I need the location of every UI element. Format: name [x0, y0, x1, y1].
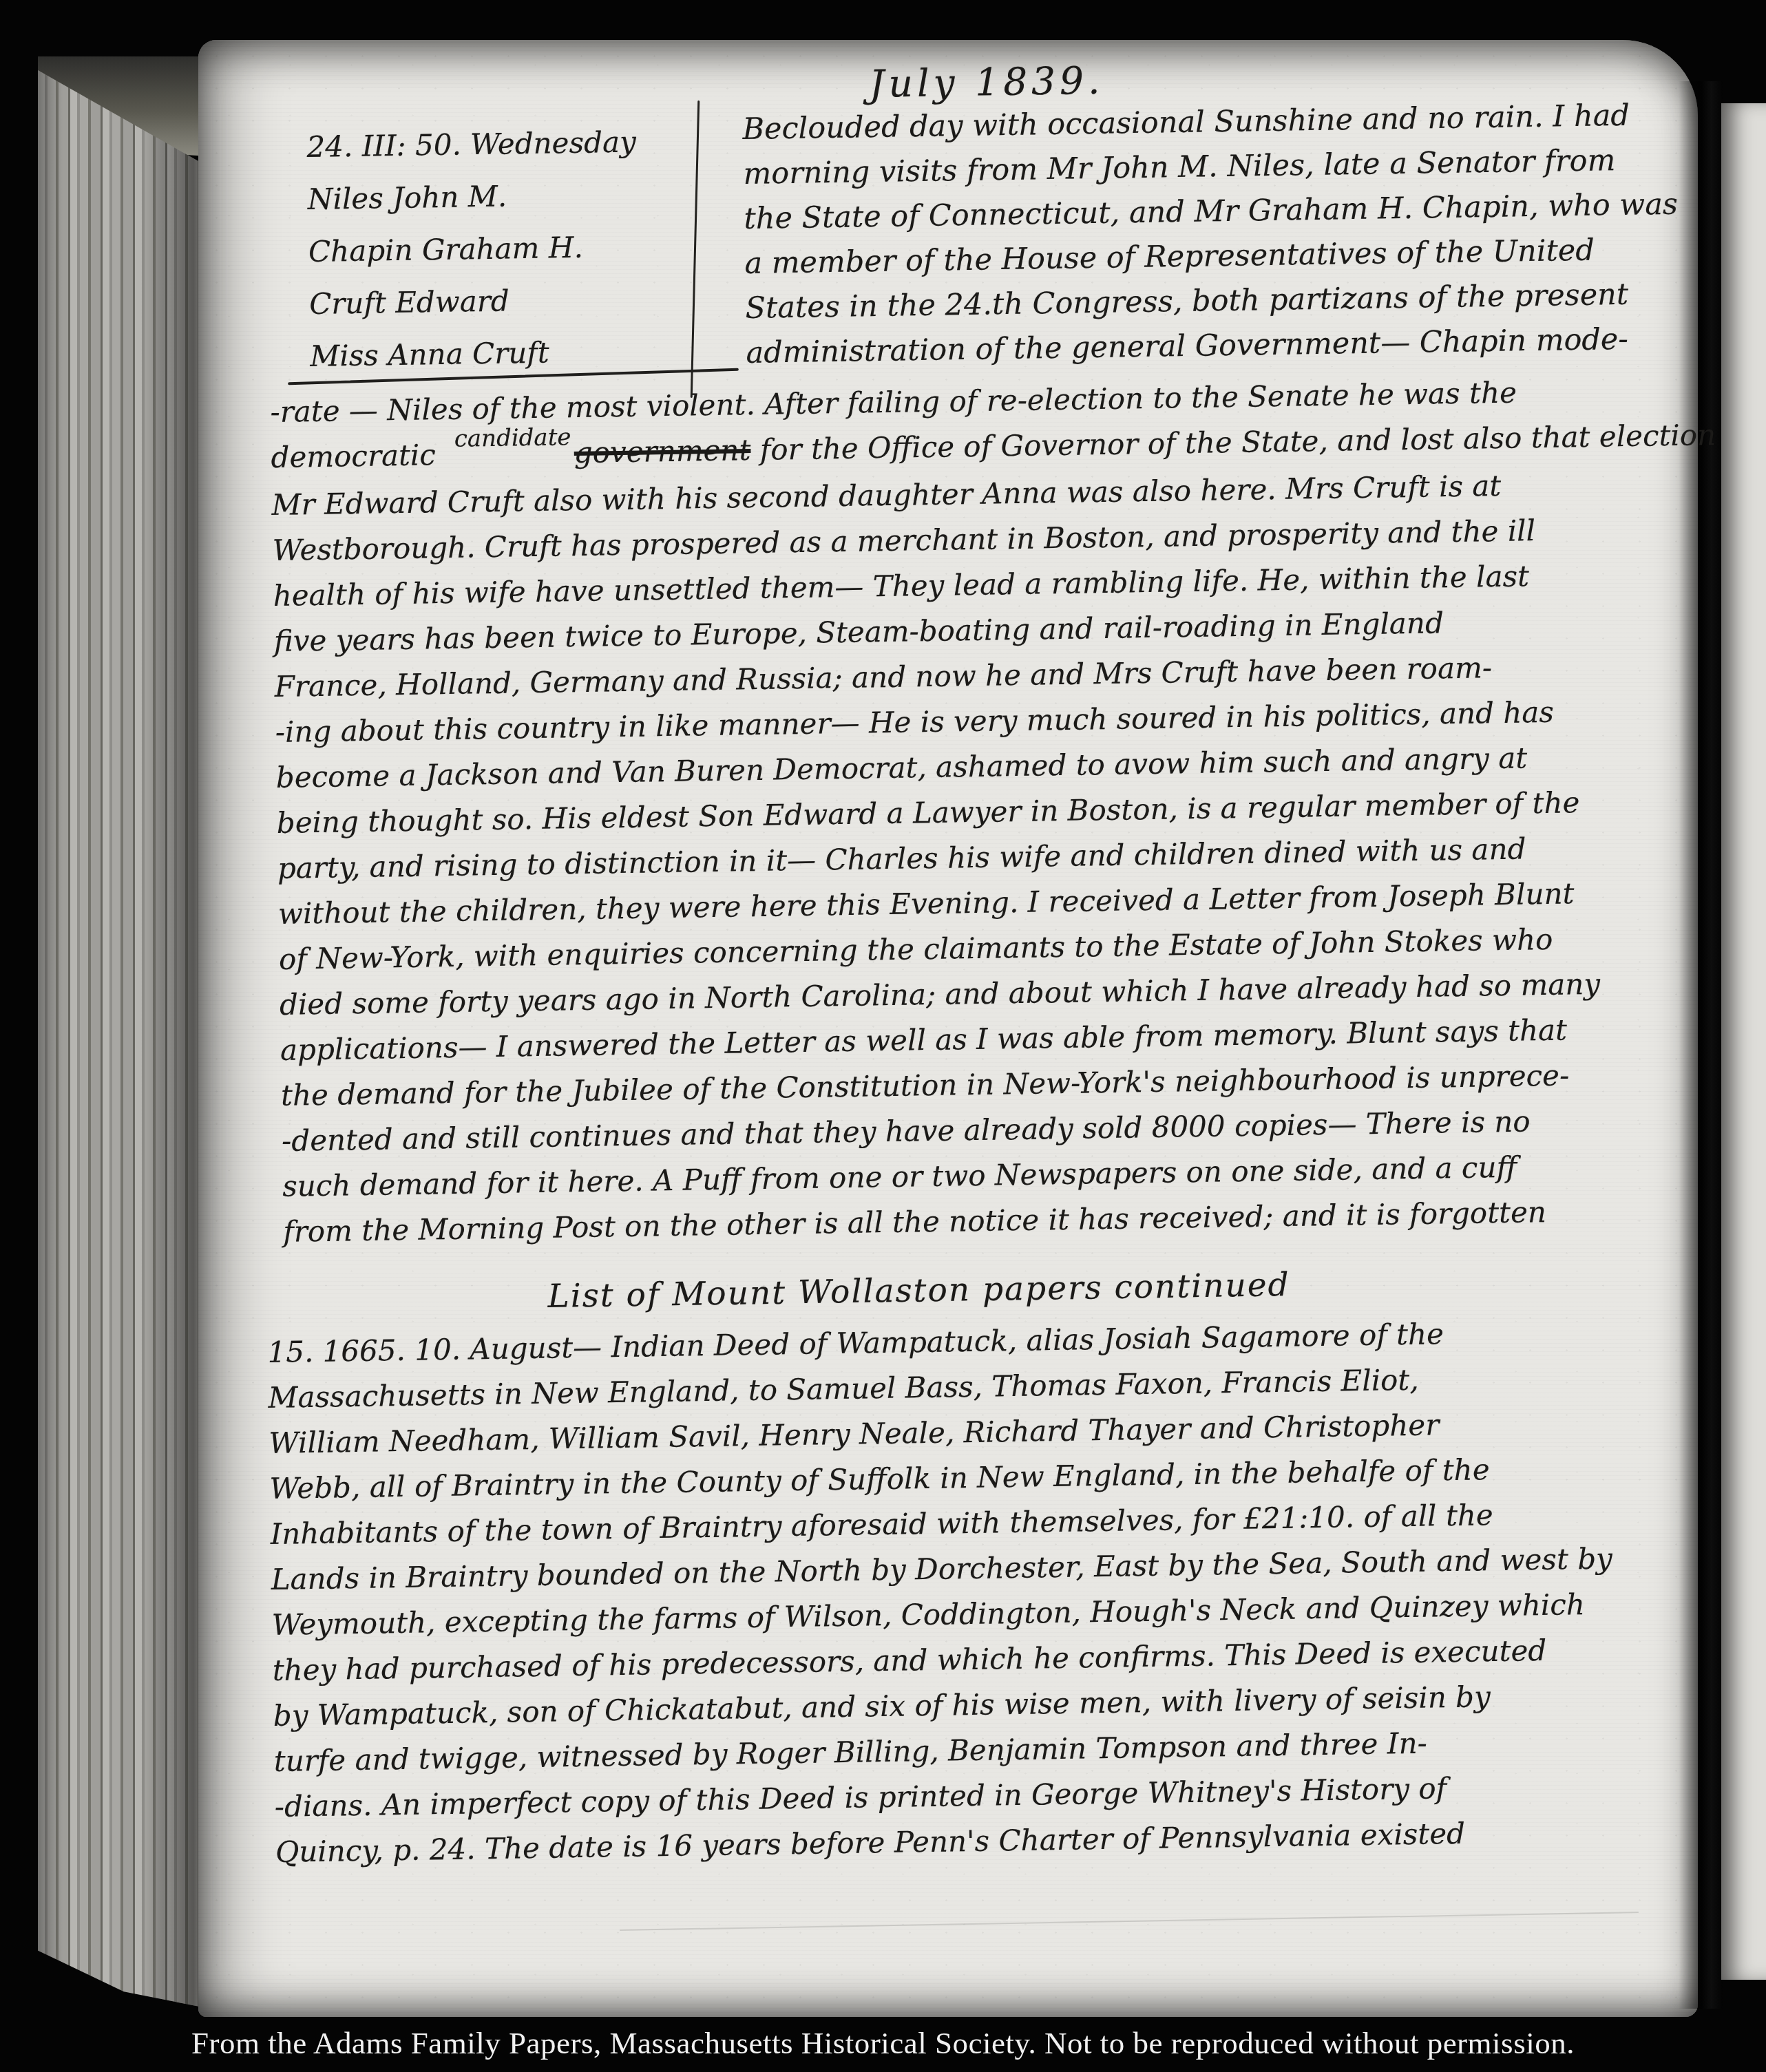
list-section-body: 15. 1665. 10. August— Indian Deed of Wam… — [267, 1309, 1617, 1875]
margin-name: Chapin Graham H. — [308, 220, 638, 278]
margin-name: Cruft Edward — [309, 273, 639, 330]
list-section-heading: List of Mount Wollaston papers continued — [547, 1266, 1290, 1315]
struck-word: government — [574, 433, 750, 469]
edit-before-text: democratic — [271, 438, 445, 474]
entry-opening-column: Beclouded day with occasional Sunshine a… — [742, 93, 1680, 376]
archive-credit-caption: From the Adams Family Papers, Massachuse… — [0, 2025, 1766, 2061]
inserted-word: candidate — [454, 414, 571, 462]
month-year-heading: July 1839. — [869, 59, 1104, 106]
margin-name: Niles John M. — [307, 168, 637, 226]
margin-divider-line — [691, 101, 700, 398]
margin-column: 24. III: 50. Wednesday Niles John M. Cha… — [306, 116, 640, 382]
margin-datetime: 24. III: 50. Wednesday — [306, 116, 636, 173]
entry-body: -rate — Niles of the most violent. After… — [270, 367, 1728, 1255]
handwritten-content: July 1839. 24. III: 50. Wednesday Niles … — [0, 0, 1766, 2072]
manuscript-scan: July 1839. 24. III: 50. Wednesday Niles … — [0, 0, 1766, 2072]
edit-after-text: for the Office of Governor of the State,… — [750, 418, 1716, 467]
